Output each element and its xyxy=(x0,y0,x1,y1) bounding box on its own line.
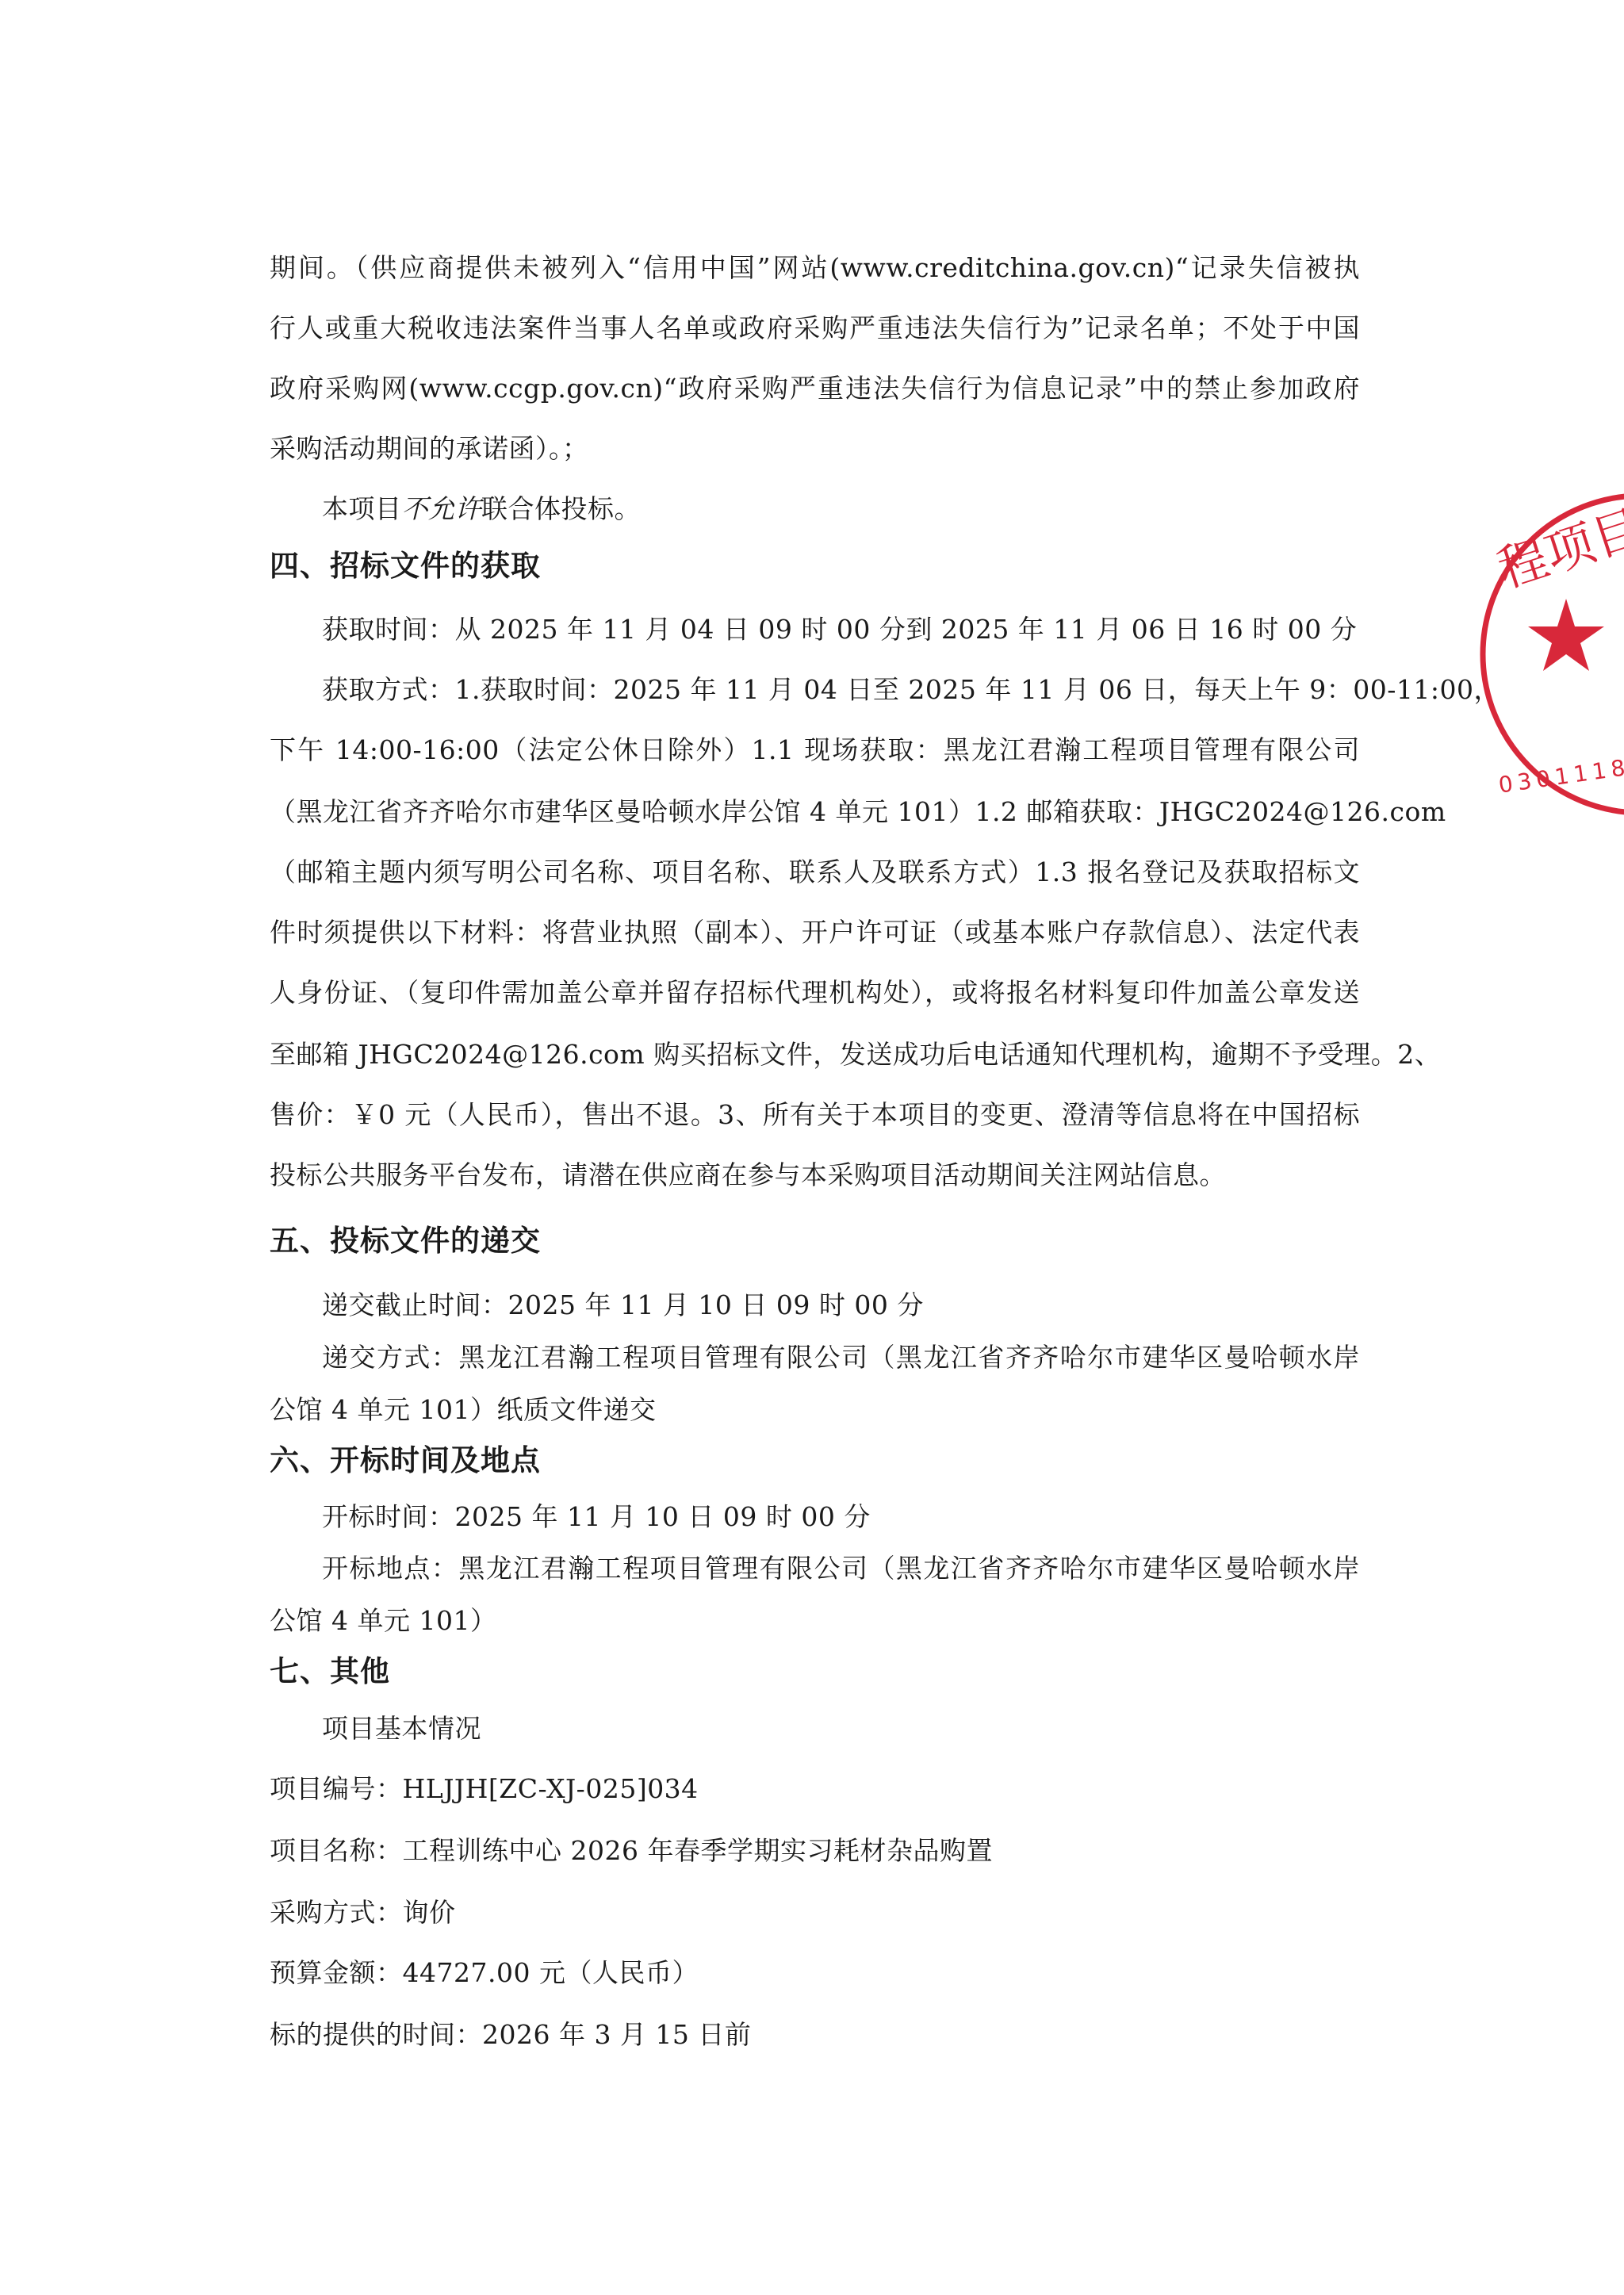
consortium-prefix: 本项目 xyxy=(322,493,402,524)
body-text-line: 期间。（供应商提供未被列入“信用中国”网站(www.creditchina.go… xyxy=(270,252,1360,284)
section-heading-7: 七、其他 xyxy=(270,1654,390,1689)
budget-amount: 预算金额：44727.00 元（人民币） xyxy=(270,1957,1360,1989)
acquisition-method-line: 投标公共服务平台发布，请潜在供应商在参与本采购项目活动期间关注网站信息。 xyxy=(270,1159,1360,1191)
submission-method-line: 公馆 4 单元 101）纸质文件递交 xyxy=(270,1394,1360,1426)
delivery-time: 标的提供的时间：2026 年 3 月 15 日前 xyxy=(270,2019,1360,2051)
submission-method-line: 递交方式：黑龙江君瀚工程项目管理有限公司（黑龙江省齐齐哈尔市建华区曼哈顿水岸 xyxy=(270,1342,1360,1374)
project-name: 项目名称：工程训练中心 2026 年春季学期实习耗材杂品购置 xyxy=(270,1835,1360,1867)
body-text-line: 采购活动期间的承诺函）。； xyxy=(270,433,1360,465)
body-text-line: 政府采购网(www.ccgp.gov.cn)“政府采购严重违法失信行为信息记录”… xyxy=(270,373,1360,404)
acquisition-method-line: 至邮箱 JHGC2024@126.com 购买招标文件，发送成功后电话通知代理机… xyxy=(270,1039,1360,1071)
consortium-value: 不允许 xyxy=(402,493,482,524)
seal-icon: 程项目管 0301118 xyxy=(1475,480,1624,829)
section-heading-6: 六、开标时间及地点 xyxy=(270,1443,541,1478)
consortium-statement: 本项目不允许联合体投标。 xyxy=(270,493,1360,525)
official-seal-stamp: 程项目管 0301118 xyxy=(1475,480,1624,829)
project-basic-info-title: 项目基本情况 xyxy=(270,1713,1360,1745)
consortium-suffix: 联合体投标。 xyxy=(481,493,641,524)
acquisition-method-line: 售价：￥0 元（人民币），售出不退。3、所有关于本项目的变更、澄清等信息将在中国… xyxy=(270,1099,1360,1131)
opening-place-line: 公馆 4 单元 101） xyxy=(270,1605,1360,1637)
submission-deadline: 递交截止时间：2025 年 11 月 10 日 09 时 00 分 xyxy=(270,1289,1360,1321)
opening-place-line: 开标地点：黑龙江君瀚工程项目管理有限公司（黑龙江省齐齐哈尔市建华区曼哈顿水岸 xyxy=(270,1553,1360,1584)
section-heading-5: 五、投标文件的递交 xyxy=(270,1224,541,1259)
acquisition-time: 获取时间：从 2025 年 11 月 04 日 09 时 00 分到 2025 … xyxy=(270,614,1360,646)
section-heading-4: 四、招标文件的获取 xyxy=(270,549,541,584)
acquisition-method-line: 获取方式：1.获取时间：2025 年 11 月 04 日至 2025 年 11 … xyxy=(270,674,1360,706)
acquisition-method-line: （邮箱主题内须写明公司名称、项目名称、联系人及联系方式）1.3 报名登记及获取招… xyxy=(270,856,1360,888)
procurement-method: 采购方式：询价 xyxy=(270,1897,1360,1929)
acquisition-method-line: （黑龙江省齐齐哈尔市建华区曼哈顿水岸公馆 4 单元 101）1.2 邮箱获取：J… xyxy=(270,796,1360,828)
acquisition-method-line: 件时须提供以下材料：将营业执照（副本）、开户许可证（或基本账户存款信息）、法定代… xyxy=(270,917,1360,948)
acquisition-method-line: 人身份证、（复印件需加盖公章并留存招标代理机构处），或将报名材料复印件加盖公章发… xyxy=(270,977,1360,1009)
project-number: 项目编号：HLJJH[ZC-XJ-025]034 xyxy=(270,1773,1360,1805)
opening-time: 开标时间：2025 年 11 月 10 日 09 时 00 分 xyxy=(270,1501,1360,1533)
acquisition-method-line: 下午 14:00-16:00（法定公休日除外）1.1 现场获取：黑龙江君瀚工程项… xyxy=(270,734,1360,766)
body-text-line: 行人或重大税收违法案件当事人名单或政府采购严重违法失信行为”记录名单；不处于中国 xyxy=(270,312,1360,344)
